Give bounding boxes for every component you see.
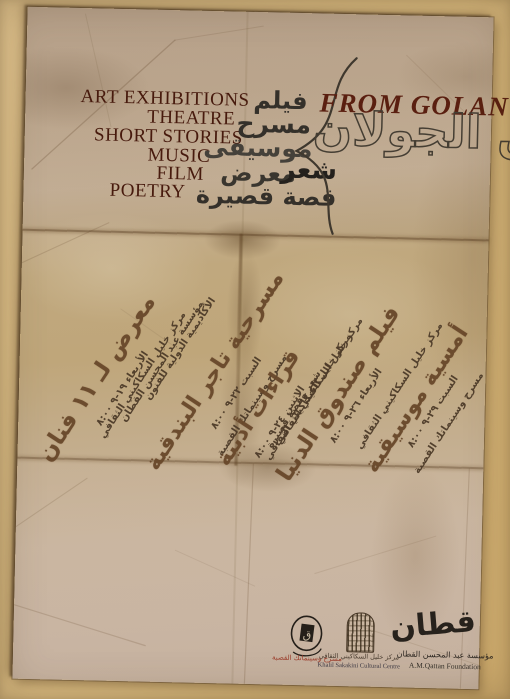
poster-title-arabic-outline: من الجولان — [312, 105, 510, 157]
photo-of-poster-on-wall: ART EXHIBITIONS THEATRE SHORT STORIES MU… — [0, 0, 510, 699]
category-en: POETRY — [109, 181, 185, 202]
qattan-calligraphy-icon: قطان — [410, 600, 477, 649]
poster: ART EXHIBITIONS THEATRE SHORT STORIES MU… — [12, 7, 493, 689]
calligraphy-letter: ق — [303, 628, 312, 641]
arch-window-icon — [346, 612, 375, 653]
